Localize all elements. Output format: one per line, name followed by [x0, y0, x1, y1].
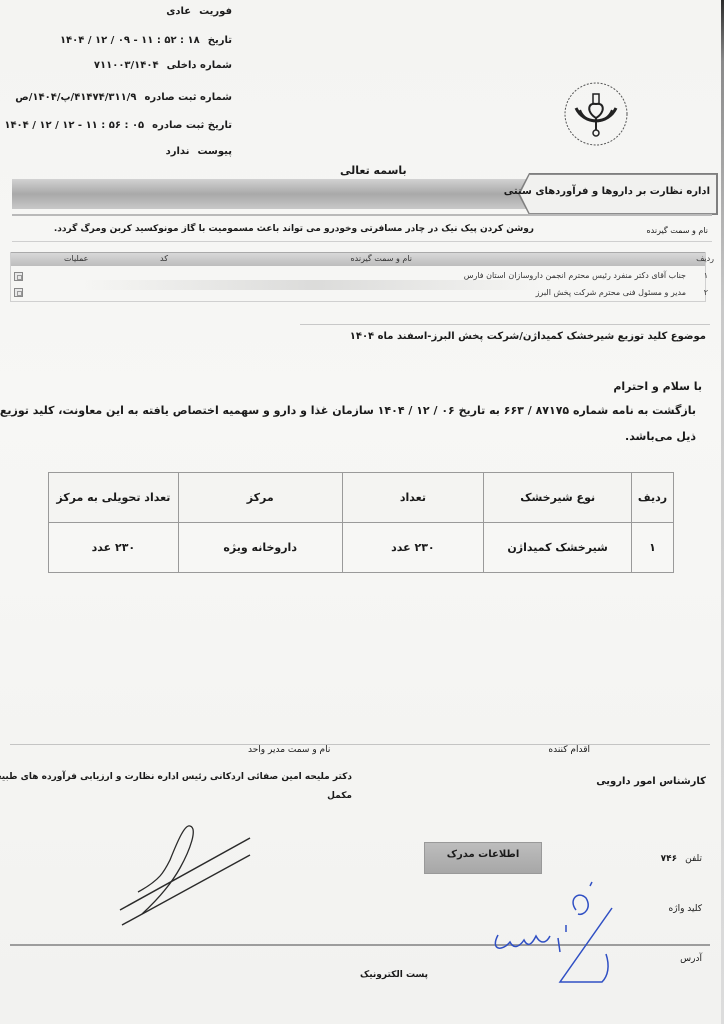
meta-value: ۴۱۴۷۴/۳۱۱/۹/پ/۱۴۰۴/ص [15, 92, 136, 103]
column-header-name: نام و سمت گیرنده [350, 254, 412, 263]
meta-date: تاریخ ۱۸ : ۵۲ : ۱۱ - ۰۹ / ۱۲ / ۱۴۰۴ [60, 35, 232, 46]
meta-value: ندارد [166, 146, 190, 157]
divider [12, 241, 712, 242]
table-header-row: ردیف نوع شیرخشک تعداد مرکز تعداد تحویلی … [49, 473, 674, 523]
divider [10, 744, 710, 745]
email-label: پست الکترونیک [360, 970, 428, 980]
safety-notice: روشن کردن پیک نیک در چادر مسافرتی وخودرو… [54, 224, 534, 234]
action-value: کارشناس امور دارویی [596, 776, 706, 787]
handwritten-note-icon [480, 880, 650, 1000]
recipient-name: مدیر و مسئول فنی محترم شرکت پخش البرز [536, 288, 686, 297]
divider [12, 214, 712, 216]
cell-quantity: ۲۳۰ عدد [342, 523, 484, 573]
meta-label: شماره داخلی [167, 60, 232, 71]
scan-artifact [80, 280, 550, 290]
document-info-button[interactable]: اطلاعات مدرک [424, 842, 542, 874]
manager-value-cont: مکمل [327, 791, 352, 801]
document-icon[interactable] [14, 272, 23, 281]
signature-icon [60, 810, 300, 930]
column-header-quantity: تعداد [342, 473, 484, 523]
university-emblem-icon [562, 80, 630, 148]
letter-subject: موضوع کلید توزیع شیرخشک کمیداژن/شرکت پخش… [350, 331, 706, 342]
keyword-label: کلید واژه [669, 904, 702, 914]
cell-delivered: ۲۳۰ عدد [49, 523, 179, 573]
column-header-index: ردیف [632, 473, 674, 523]
phone-label: تلفن [685, 854, 702, 864]
greeting: با سلام و احترام [613, 380, 702, 393]
column-header-operations: عملیات [64, 254, 88, 263]
recipient-label: نام و سمت گیرنده [646, 226, 708, 235]
divider [300, 324, 710, 325]
cell-formula-type: شیرخشک کمیداژن [484, 523, 632, 573]
phone-row: تلفن ۷۴۶ [661, 854, 702, 864]
manager-value: دکتر ملیحه امین صفائی اردکانی رئیس اداره… [0, 772, 352, 782]
table-row-index: ۲ [704, 288, 708, 297]
meta-label: شماره ثبت صادره [144, 92, 232, 103]
meta-internal-number: شماره داخلی ۷۱۱۰۰۳/۱۴۰۴ [94, 60, 232, 71]
cell-center: داروخانه ویژه [178, 523, 342, 573]
invocation-title: باسمه تعالی [340, 164, 407, 177]
department-name: اداره نظارت بر داروها و فرآوردهای سنتی [504, 186, 710, 197]
meta-value: عادی [166, 6, 191, 17]
meta-registration-date: تاریخ ثبت صادره ۰۵ : ۵۶ : ۱۱ - ۱۲ / ۱۲ /… [4, 120, 232, 131]
distribution-table: ردیف نوع شیرخشک تعداد مرکز تعداد تحویلی … [48, 472, 674, 573]
letter-page: فوریت عادی تاریخ ۱۸ : ۵۲ : ۱۱ - ۰۹ / ۱۲ … [0, 0, 724, 1024]
manager-label: نام و سمت مدیر واحد [248, 745, 330, 755]
meta-label: فوریت [199, 6, 232, 17]
meta-priority: فوریت عادی [166, 6, 232, 17]
meta-value: ۱۸ : ۵۲ : ۱۱ - ۰۹ / ۱۲ / ۱۴۰۴ [60, 35, 200, 46]
column-header-delivered: تعداد تحویلی به مرکز [49, 473, 179, 523]
address-label: آدرس [680, 954, 702, 964]
body-line-1: بازگشت به نامه شماره ۸۷۱۷۵ / ۶۶۳ به تاری… [0, 404, 696, 417]
body-line-2: ذیل می‌باشد. [625, 430, 696, 443]
phone-value: ۷۴۶ [661, 854, 677, 864]
meta-value: ۷۱۱۰۰۳/۱۴۰۴ [94, 60, 159, 71]
column-header-code: کد [160, 254, 168, 263]
meta-value: ۰۵ : ۵۶ : ۱۱ - ۱۲ / ۱۲ / ۱۴۰۴ [4, 120, 144, 131]
meta-label: تاریخ ثبت صادره [152, 120, 232, 131]
meta-registration-number: شماره ثبت صادره ۴۱۴۷۴/۳۱۱/۹/پ/۱۴۰۴/ص [15, 92, 232, 103]
recipient-name: جناب آقای دکتر منفرد رئیس محترم انجمن دا… [464, 271, 686, 280]
cell-index: ۱ [632, 523, 674, 573]
document-icon[interactable] [14, 288, 23, 297]
table-row: ۱ شیرخشک کمیداژن ۲۳۰ عدد داروخانه ویژه ۲… [49, 523, 674, 573]
column-header-center: مرکز [178, 473, 342, 523]
column-header-formula-type: نوع شیرخشک [484, 473, 632, 523]
meta-attachment: پیوست ندارد [166, 146, 232, 157]
table-row-index: ۱ [704, 271, 708, 280]
meta-label: پیوست [197, 146, 232, 157]
meta-label: تاریخ [208, 35, 232, 46]
action-label: اقدام کننده [548, 745, 590, 755]
column-header-index: ردیف [696, 254, 714, 263]
